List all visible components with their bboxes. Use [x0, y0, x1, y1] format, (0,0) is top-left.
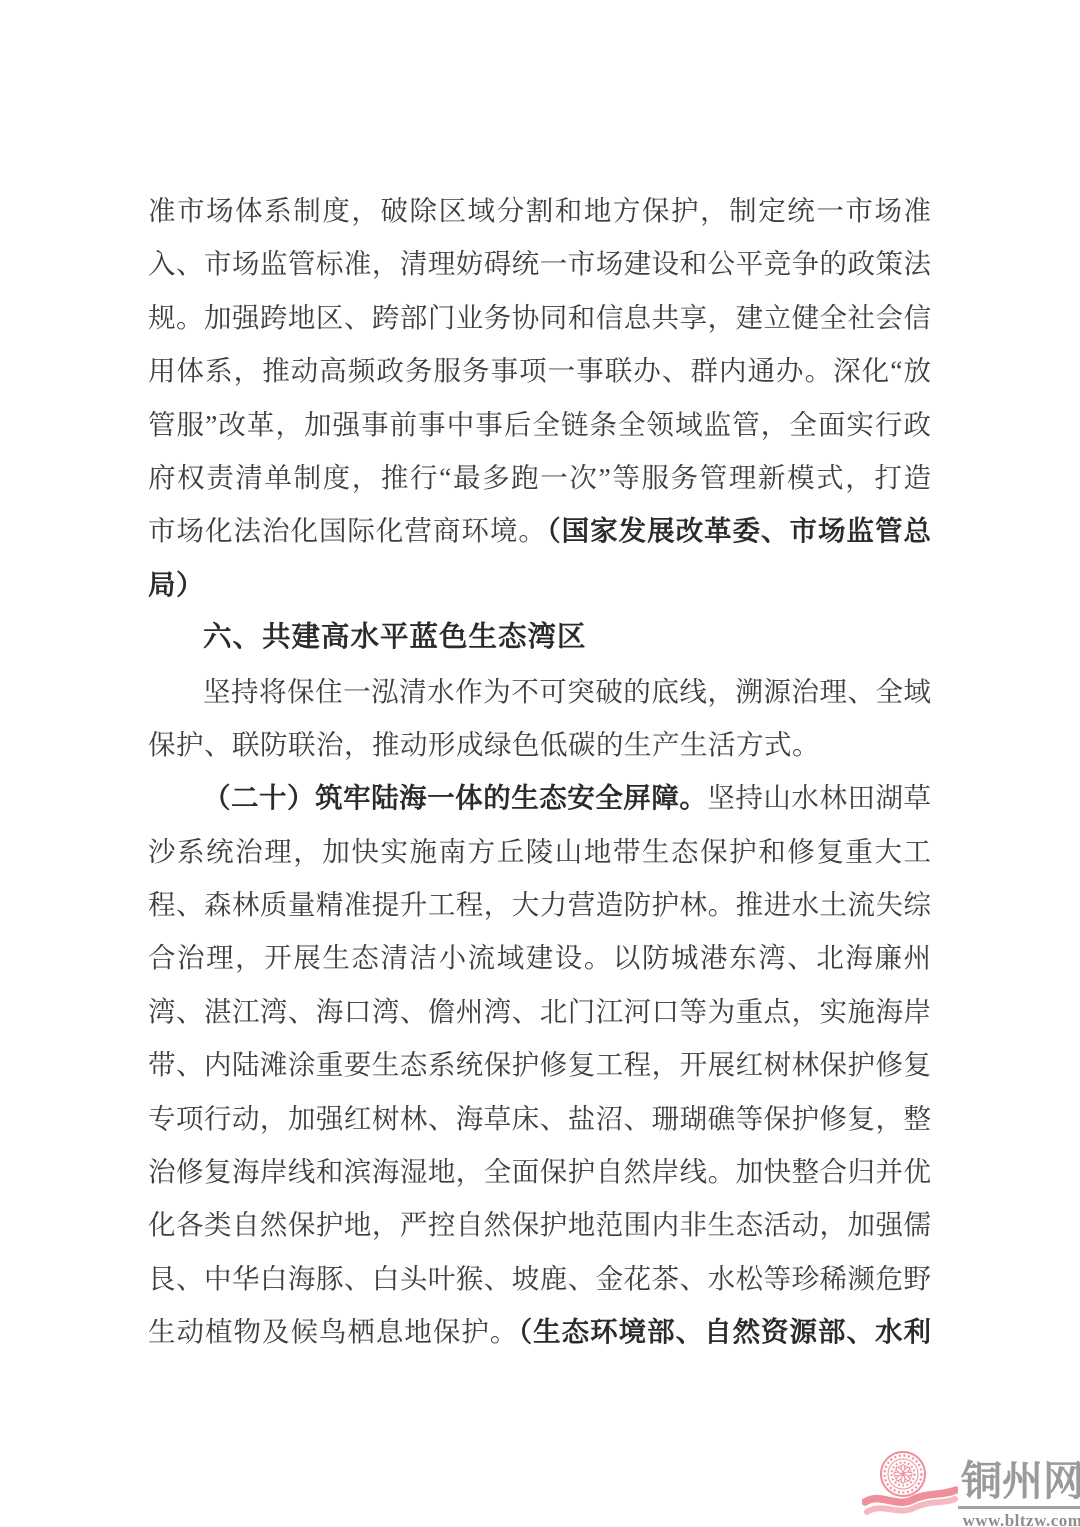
- site-url: www.bltzw.com: [963, 1511, 1080, 1527]
- site-logo-icon: [862, 1444, 958, 1524]
- text-segment: 专项行动，加强红树林、海草床、盐沼、珊瑚礁等保护修复，整: [148, 1103, 931, 1134]
- text-line: 保护、联防联治，推动形成绿色低碳的生产生活方式。: [148, 718, 931, 771]
- text-segment: 艮、中华白海豚、白头叶猴、坡鹿、金花茶、水松等珍稀濒危野: [148, 1263, 931, 1294]
- text-line: 市场化法治化国际化营商环境。（国家发展改革委、市场监管总: [148, 504, 931, 557]
- text-line: 艮、中华白海豚、白头叶猴、坡鹿、金花茶、水松等珍稀濒危野: [148, 1252, 931, 1305]
- text-segment: 局）: [148, 569, 204, 600]
- text-segment: 用体系，推动高频政务服务事项一事联办、群内通办。深化“放: [148, 355, 931, 386]
- text-segment: （国家发展改革委、市场监管总: [547, 515, 931, 546]
- text-line: 专项行动，加强红树林、海草床、盐沼、珊瑚礁等保护修复，整: [148, 1092, 931, 1145]
- text-segment: 六、共建高水平蓝色生态湾区: [203, 621, 587, 653]
- text-line: 程、森林质量精准提升工程，大力营造防护林。推进水土流失综: [148, 878, 931, 931]
- text-line: 生动植物及候鸟栖息地保护。（生态环境部、自然资源部、水利: [148, 1305, 931, 1358]
- text-segment: 坚持将保住一泓清水作为不可突破的底线，溯源治理、全域: [203, 676, 931, 707]
- text-segment: 化各类自然保护地，严控自然保护地范围内非生态活动，加强儒: [148, 1209, 931, 1240]
- text-segment: 入、市场监管标准，清理妨碍统一市场建设和公平竞争的政策法: [148, 248, 931, 279]
- watermark-textbox: 铜州网 www.bltzw.com: [958, 1460, 1080, 1527]
- text-segment: 合治理，开展生态清洁小流域建设。以防城港东湾、北海廉州: [148, 942, 931, 973]
- text-segment: 府权责清单制度，推行“最多跑一次”等服务管理新模式，打造: [148, 462, 931, 493]
- site-watermark: 铜州网 www.bltzw.com: [862, 1444, 1080, 1527]
- text-line: 准市场体系制度，破除区域分割和地方保护，制定统一市场准: [148, 184, 931, 237]
- site-name: 铜州网: [958, 1460, 1080, 1509]
- text-line: 入、市场监管标准，清理妨碍统一市场建设和公平竞争的政策法: [148, 237, 931, 290]
- text-line: 局）: [148, 558, 931, 611]
- text-line: 湾、湛江湾、海口湾、儋州湾、北门江河口等为重点，实施海岸: [148, 985, 931, 1038]
- text-line: 带、内陆滩涂重要生态系统保护修复工程，开展红树林保护修复: [148, 1038, 931, 1091]
- text-line: 用体系，推动高频政务服务事项一事联办、群内通办。深化“放: [148, 344, 931, 397]
- text-segment: 管服”改革，加强事前事中事后全链条全领域监管，全面实行政: [148, 409, 931, 440]
- text-segment: （二十）筑牢陆海一体的生态安全屏障。: [203, 782, 707, 813]
- text-segment: 带、内陆滩涂重要生态系统保护修复工程，开展红树林保护修复: [148, 1049, 931, 1080]
- text-segment: 程、森林质量精准提升工程，大力营造防护林。推进水土流失综: [148, 889, 931, 920]
- document-page: 准市场体系制度，破除区域分割和地方保护，制定统一市场准入、市场监管标准，清理妨碍…: [0, 0, 1080, 1527]
- text-segment: 保护、联防联治，推动形成绿色低碳的生产生活方式。: [148, 729, 820, 760]
- text-segment: 治修复海岸线和滨海湿地，全面保护自然岸线。加快整合归并优: [148, 1156, 931, 1187]
- text-segment: 坚持山水林田湖草: [707, 782, 931, 813]
- text-line: 管服”改革，加强事前事中事后全链条全领域监管，全面实行政: [148, 398, 931, 451]
- text-segment: 生动植物及候鸟栖息地保护。: [148, 1316, 518, 1347]
- text-segment: 市场化法治化国际化营商环境。: [148, 515, 547, 546]
- text-line: 沙系统治理，加快实施南方丘陵山地带生态保护和修复重大工: [148, 825, 931, 878]
- text-line: 六、共建高水平蓝色生态湾区: [148, 611, 931, 664]
- text-segment: 准市场体系制度，破除区域分割和地方保护，制定统一市场准: [148, 195, 931, 226]
- document-body: 准市场体系制度，破除区域分割和地方保护，制定统一市场准入、市场监管标准，清理妨碍…: [148, 184, 931, 1359]
- text-segment: 湾、湛江湾、海口湾、儋州湾、北门江河口等为重点，实施海岸: [148, 996, 931, 1027]
- text-line: 合治理，开展生态清洁小流域建设。以防城港东湾、北海廉州: [148, 931, 931, 984]
- text-line: 治修复海岸线和滨海湿地，全面保护自然岸线。加快整合归并优: [148, 1145, 931, 1198]
- text-line: 化各类自然保护地，严控自然保护地范围内非生态活动，加强儒: [148, 1198, 931, 1251]
- text-segment: （生态环境部、自然资源部、水利: [518, 1316, 931, 1347]
- text-line: （二十）筑牢陆海一体的生态安全屏障。坚持山水林田湖草: [148, 771, 931, 824]
- text-line: 府权责清单制度，推行“最多跑一次”等服务管理新模式，打造: [148, 451, 931, 504]
- text-line: 坚持将保住一泓清水作为不可突破的底线，溯源治理、全域: [148, 665, 931, 718]
- text-segment: 沙系统治理，加快实施南方丘陵山地带生态保护和修复重大工: [148, 836, 931, 867]
- text-line: 规。加强跨地区、跨部门业务协同和信息共享，建立健全社会信: [148, 291, 931, 344]
- text-segment: 规。加强跨地区、跨部门业务协同和信息共享，建立健全社会信: [148, 302, 931, 333]
